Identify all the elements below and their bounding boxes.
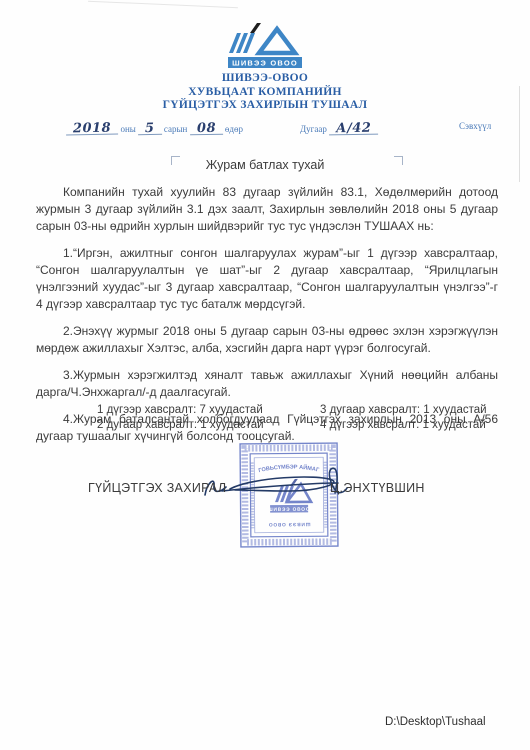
paragraph-1: 1.“Иргэн, ажилтныг сонгон шалгаруулах жу… xyxy=(36,245,498,313)
stamp-bottom-text: ШИВЭЭ ОВОО xyxy=(268,521,310,527)
scanned-document-page: ШИВЭЭ ОВОО ШИВЭЭ-ОВОО ХУВЬЦААТ КОМПАНИЙН… xyxy=(0,0,530,750)
day-label: өдөр xyxy=(225,124,243,134)
document-title: Журам батлах тухай xyxy=(0,158,530,172)
signature-role-label: ГҮЙЦЭТГЭХ ЗАХИРАЛ xyxy=(88,481,226,495)
shivee-ovoo-logo-icon: ШИВЭЭ ОВОО xyxy=(221,22,309,70)
letterhead-line-3: ГҮЙЦЭТГЭХ ЗАХИРЛЫН ТУШААЛ xyxy=(0,99,530,113)
attachment-item: 3 дугаар хавсралт: 1 хуудастай xyxy=(320,403,487,418)
year-label: оны xyxy=(120,124,135,134)
footer-file-path: D:\Desktop\Tushaal xyxy=(385,716,486,728)
month-label: сарын xyxy=(164,124,187,134)
date-fields: 2018 оны 5 сарын 08 өдөр xyxy=(66,123,243,135)
day-value: 08 xyxy=(189,123,222,136)
dateline: 2018 оны 5 сарын 08 өдөр Дугаар А/42 Сэв… xyxy=(0,117,530,143)
place-label: Сэвхүүл xyxy=(459,121,491,131)
scan-artifact-line xyxy=(88,1,238,9)
attachment-item: 2 дугаар хавсралт: 1 хуудастай xyxy=(97,418,264,433)
company-logo: ШИВЭЭ ОВОО xyxy=(0,22,530,75)
signature-name-label: Ц.ЭНХТҮВШИН xyxy=(330,481,425,495)
number-label: Дугаар xyxy=(300,124,327,134)
number-value: А/42 xyxy=(329,123,379,136)
attachments-left-column: 1 дүгээр хавсралт: 7 хуудастай 2 дугаар … xyxy=(97,403,264,433)
number-field: Дугаар А/42 xyxy=(300,123,379,135)
year-value: 2018 xyxy=(66,123,118,136)
letterhead-line-1: ШИВЭЭ-ОВОО xyxy=(0,72,530,86)
attachment-item: 4 дүгээр хавсралт: 1 хуудастай xyxy=(320,418,487,433)
month-value: 5 xyxy=(138,123,162,135)
paragraph-2: 2.Энэхүү журмыг 2018 оны 5 дугаар сарын … xyxy=(36,323,498,357)
paragraph-preamble: Компанийн тухай хуулийн 83 дугаар зүйлий… xyxy=(36,184,498,235)
letterhead: ШИВЭЭ-ОВОО ХУВЬЦААТ КОМПАНИЙН ГҮЙЦЭТГЭХ … xyxy=(0,72,530,113)
attachment-item: 1 дүгээр хавсралт: 7 хуудастай xyxy=(97,403,264,418)
logo-band-label: ШИВЭЭ ОВОО xyxy=(232,59,298,68)
attachments-right-column: 3 дугаар хавсралт: 1 хуудастай 4 дүгээр … xyxy=(320,403,487,433)
paragraph-3: 3.Журмын хэрэгжилтэд хяналт тавьж ажилла… xyxy=(36,367,498,401)
letterhead-line-2: ХУВЬЦААТ КОМПАНИЙН xyxy=(0,86,530,100)
